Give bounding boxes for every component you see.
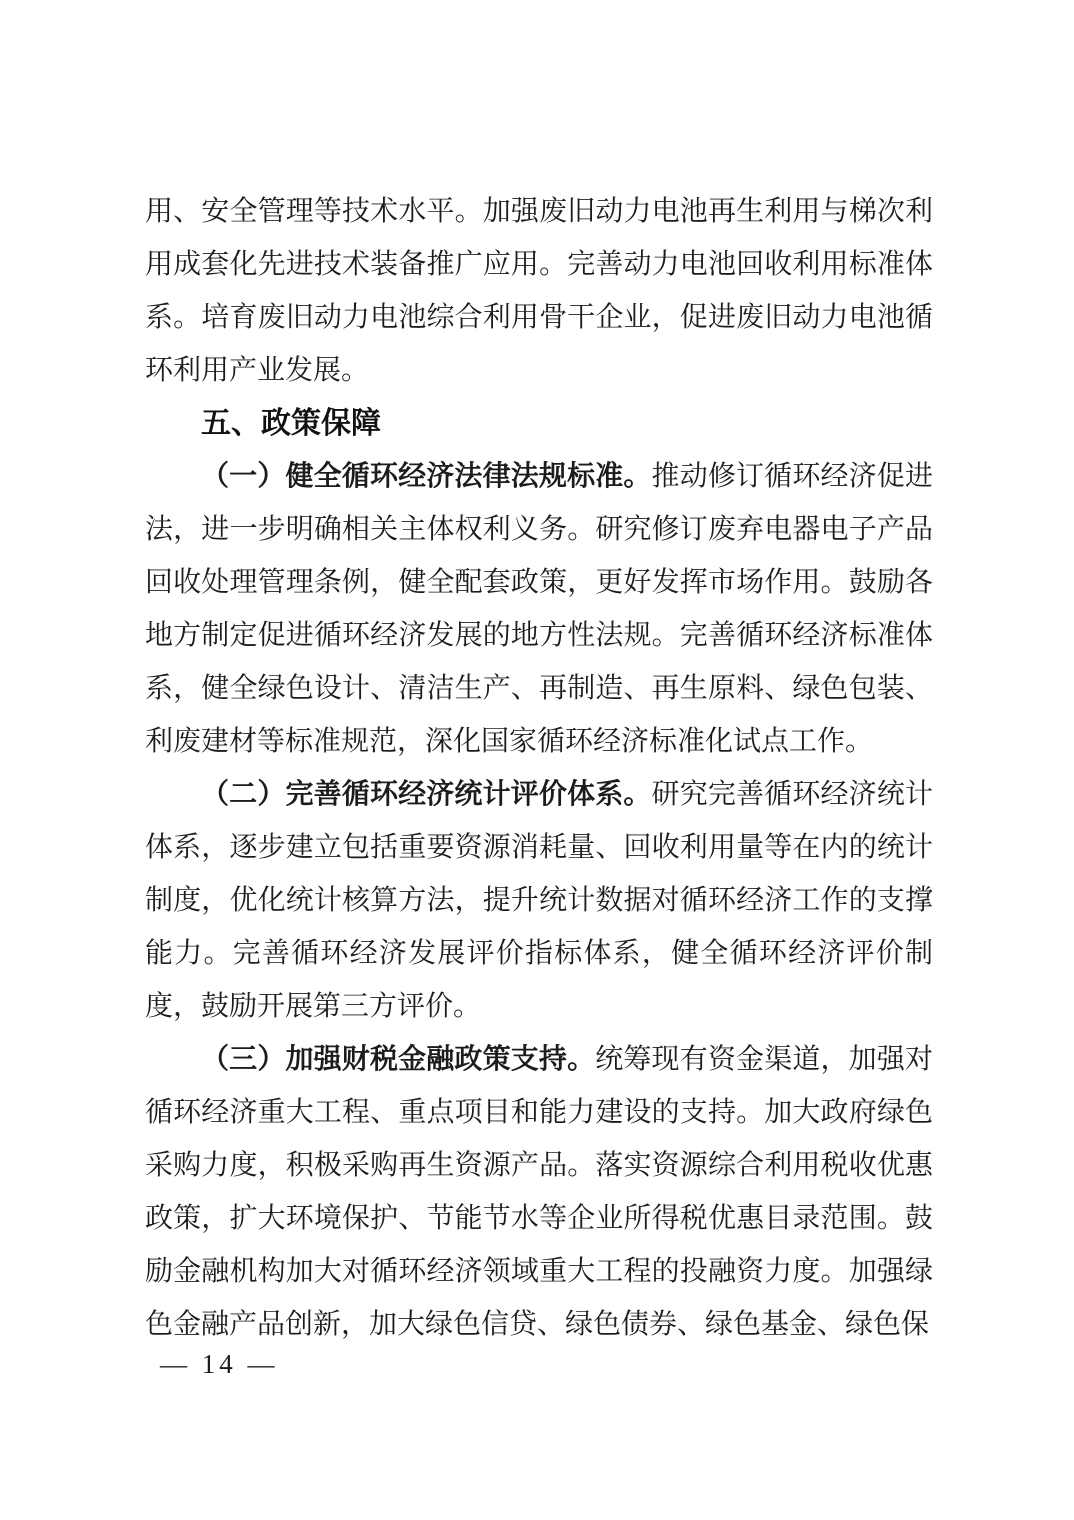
paragraph-3-lead: （三）加强财税金融政策支持。 <box>201 1044 595 1075</box>
policy-paragraph-3: （三）加强财税金融政策支持。统筹现有资金渠道，加强对循环经济重大工程、重点项目和… <box>145 1033 933 1351</box>
paragraph-1-lead: （一）健全循环经济法律法规标准。 <box>201 461 652 492</box>
paragraph-2-body: 研究完善循环经济统计体系，逐步建立包括重要资源消耗量、回收利用量等在内的统计制度… <box>145 779 933 1022</box>
page-number: — 14 — <box>160 1344 279 1384</box>
continuation-paragraph: 用、安全管理等技术水平。加强废旧动力电池再生利用与梯次利用成套化先进技术装备推广… <box>145 185 933 397</box>
policy-paragraph-1: （一）健全循环经济法律法规标准。推动修订循环经济促进法，进一步明确相关主体权利义… <box>145 450 933 768</box>
paragraph-2-lead: （二）完善循环经济统计评价体系。 <box>201 779 652 810</box>
paragraph-1-body: 推动修订循环经济促进法，进一步明确相关主体权利义务。研究修订废弃电器电子产品回收… <box>145 461 933 757</box>
paragraph-3-body: 统筹现有资金渠道，加强对循环经济重大工程、重点项目和能力建设的支持。加大政府绿色… <box>145 1044 933 1340</box>
document-page: 用、安全管理等技术水平。加强废旧动力电池再生利用与梯次利用成套化先进技术装备推广… <box>0 0 1074 1520</box>
policy-paragraph-2: （二）完善循环经济统计评价体系。研究完善循环经济统计体系，逐步建立包括重要资源消… <box>145 768 933 1033</box>
section-heading: 五、政策保障 <box>145 397 933 450</box>
document-body: 用、安全管理等技术水平。加强废旧动力电池再生利用与梯次利用成套化先进技术装备推广… <box>145 185 933 1351</box>
